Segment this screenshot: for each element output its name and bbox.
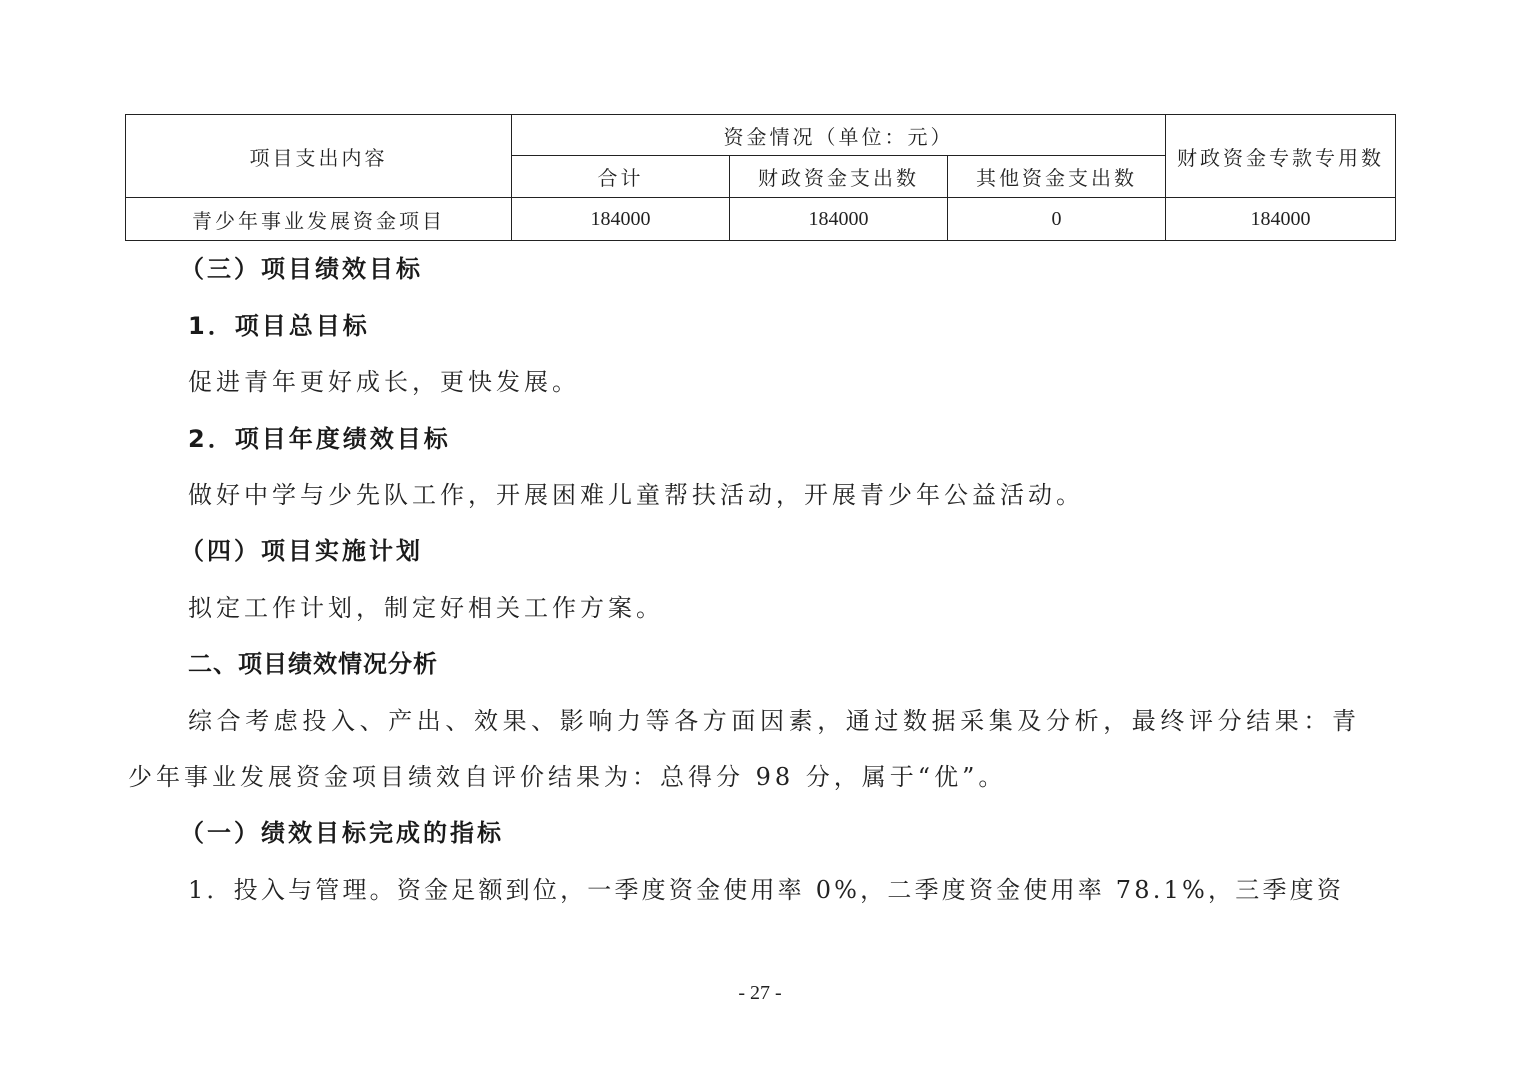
section-heading-performance-goals: （三）项目绩效目标 — [180, 254, 423, 284]
funding-table: 项目支出内容 资金情况（单位：元） 财政资金专款专用数 合计 财政资金支出数 其… — [125, 114, 1396, 241]
header-funding-group: 资金情况（单位：元） — [512, 115, 1166, 156]
part-heading-performance-analysis: 二、项目绩效情况分析 — [188, 649, 438, 679]
paragraph-analysis-line-2: 少年事业发展资金项目绩效自评价结果为：总得分 98 分，属于“优”。 — [128, 762, 1006, 792]
section-heading-indicators: （一）绩效目标完成的指标 — [180, 818, 504, 848]
subheading-annual-goal: 2．项目年度绩效目标 — [188, 424, 451, 454]
subheading-overall-goal: 1．项目总目标 — [188, 311, 370, 341]
paragraph-overall-goal: 促进青年更好成长，更快发展。 — [188, 367, 580, 397]
paragraph-implementation-plan: 拟定工作计划，制定好相关工作方案。 — [188, 593, 664, 623]
cell-dedicated: 184000 — [1166, 198, 1396, 241]
section-heading-implementation-plan: （四）项目实施计划 — [180, 536, 423, 566]
cell-total: 184000 — [512, 198, 730, 241]
header-other-expenditure: 其他资金支出数 — [948, 156, 1166, 198]
header-total: 合计 — [512, 156, 730, 198]
paragraph-input-management: 1．投入与管理。资金足额到位，一季度资金使用率 0%，二季度资金使用率 78.1… — [188, 875, 1344, 905]
cell-other: 0 — [948, 198, 1166, 241]
header-dedicated-use: 财政资金专款专用数 — [1166, 115, 1396, 198]
paragraph-annual-goal: 做好中学与少先队工作，开展困难儿童帮扶活动，开展青少年公益活动。 — [188, 480, 1084, 510]
header-project-content: 项目支出内容 — [126, 115, 512, 198]
page-number: - 27 - — [0, 982, 1520, 1005]
cell-project-name: 青少年事业发展资金项目 — [126, 198, 512, 241]
cell-fiscal: 184000 — [730, 198, 948, 241]
table-header-row: 项目支出内容 资金情况（单位：元） 财政资金专款专用数 — [126, 115, 1396, 156]
header-fiscal-expenditure: 财政资金支出数 — [730, 156, 948, 198]
document-page: 项目支出内容 资金情况（单位：元） 财政资金专款专用数 合计 财政资金支出数 其… — [0, 0, 1520, 1074]
table-row: 青少年事业发展资金项目 184000 184000 0 184000 — [126, 198, 1396, 241]
paragraph-analysis-line-1: 综合考虑投入、产出、效果、影响力等各方面因素，通过数据采集及分析，最终评分结果：… — [188, 706, 1361, 736]
